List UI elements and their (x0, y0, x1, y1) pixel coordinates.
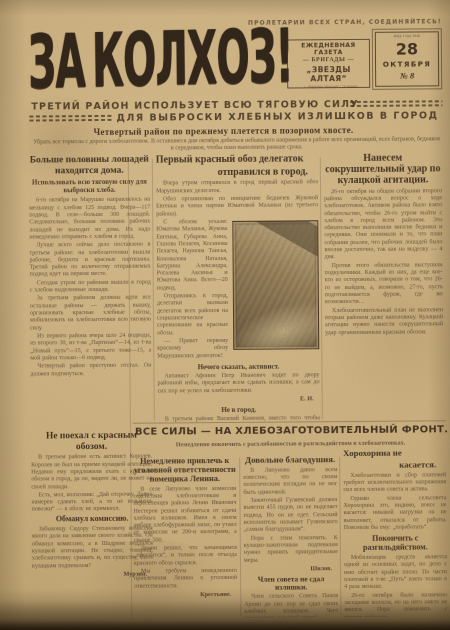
article-headline-line1: Хорохорина не (343, 448, 446, 459)
paragraph: Однако члена сельсовета Хорохорина это, … (343, 495, 446, 532)
paragraph: Член сельского Совета Панов Архип до сих… (244, 594, 338, 618)
article-body: Хлебозаготовки и сбор платежей требуют и… (343, 472, 446, 532)
article-headline: Немедленно привлечь к уголовной ответств… (133, 456, 236, 484)
article-body: В Ляпуново давно всем известно, что по с… (243, 467, 338, 565)
paragraph: В Ляпуново давно всем известно, что по с… (243, 467, 337, 497)
banner-subline: Четвертый район по прежнему плетется в п… (0, 124, 449, 138)
paragraph: Хлебозаготовки и сбор платежей требуют и… (343, 472, 446, 495)
newspaper-content: ПРОЛЕТАРИИ ВСЕХ СТРАН, СОЕДИНЯЙТЕСЬ! ЗА … (0, 0, 450, 630)
column-rule (239, 458, 241, 616)
article-subhead: Использовать всю тяговую силу для выброс… (29, 178, 150, 195)
paragraph: 26-го октября на общем собрании второго … (324, 188, 443, 262)
paragraph: Против этого обязательства выступили под… (325, 262, 443, 307)
banner-line-2: ДЛЯ ВЫБРОСКИ ХЛЕБНЫХ ИЗЛИШКОВ В ГОРОД (116, 110, 438, 124)
photo-grain-texture (233, 221, 318, 349)
imprint-line: с. Марушка. Выходит с 14 января. (304, 85, 353, 89)
article-body: В селе Ляпуново член комиссии содействия… (133, 485, 237, 590)
article-complacency: Довольно благодушия. В Ляпуново давно вс… (243, 455, 338, 618)
brigade-label: — БРИГАДЫ — (289, 57, 368, 64)
paragraph: Хлебозаготовительный план не выполнен вт… (325, 307, 443, 337)
paragraph: Четвертый район преступно отстал. Он дол… (30, 363, 151, 379)
paragraph: Мобилизация средств является одной из ос… (344, 554, 447, 591)
issue-number: № 8 (376, 70, 438, 80)
section-headline-all-forces: ВСЕ СИЛЫ — НА ХЛЕБОЗАГОТОВИТЕЛЬНЫЙ ФРОНТ… (135, 424, 446, 437)
issue-month: ОКТЯБРЯ (376, 59, 438, 68)
article-horses: Больше половины лошадей находится дома. … (29, 155, 152, 428)
article-headline: Довольно благодушия. (243, 455, 337, 466)
edition-year: ИЗД. ГОД 1930 (386, 34, 428, 38)
halftone-photo-grain-elevator (232, 220, 319, 350)
banner-dash-rule-left (29, 115, 111, 122)
paragraph: Ленин решил, что качающимся „простится“,… (134, 545, 237, 568)
paragraph: Мы требуем немедленного привлечения Лени… (134, 568, 237, 591)
section-subtitle: Немедленно покончить с расхлябанностью и… (135, 439, 446, 448)
article-headline-line2: отправился в город. (156, 166, 318, 178)
article-headline-line2: касается. (343, 460, 446, 471)
article-signature: Е. И. (158, 395, 320, 403)
daily-gazette-label: ЕЖЕДНЕВНАЯ ГАЗЕТА (289, 42, 368, 57)
date-issue-box: ИЗД. ГОД 1930 28 ОКТЯБРЯ № 8 (375, 31, 439, 87)
paragraph: Пора с этим покончить. К кулацко-зажиточ… (244, 535, 338, 565)
paragraph: За третьим районом должны идти все остал… (30, 295, 151, 333)
article-body: Член сельского Совета Панов Архип до сих… (244, 594, 338, 618)
paragraph: 6-го октября на Марушке направлялось на … (29, 197, 150, 242)
column-rule (152, 159, 155, 421)
subhead-activist: Нечего сказать, активист. (157, 362, 319, 371)
article-signature: Шилов. (244, 565, 338, 573)
paragraph: Лучше всего сейчас дело поставлено в тре… (29, 242, 150, 280)
newspaper-scan-page: { "colors": { "paper": "#ccb181", "ink":… (0, 0, 450, 630)
paragraph: Вчера утром отправился в город первый кр… (156, 180, 318, 196)
paragraph: Сегодня утром по районам вышли в город с… (30, 279, 151, 295)
article-red-convoy: Первый красный обоз делегаток отправился… (156, 153, 320, 422)
article-lenin: Немедленно привлечь к уголовной ответств… (133, 456, 237, 619)
column-rule (320, 157, 323, 419)
publication-info-box: ЕЖЕДНЕВНАЯ ГАЗЕТА — БРИГАДЫ — „ЗВЕЗДЫ АЛ… (287, 39, 370, 89)
article-headline: Больше половины лошадей находится дома. (29, 155, 150, 177)
paragraph: В третьем районе Василий Каменев, вместо… (158, 415, 320, 422)
paragraph: Из первого района вчера шло 24 подводы, … (30, 333, 151, 363)
column-rule (339, 457, 341, 615)
paragraph: В селе Ляпуново член комиссии содействия… (133, 485, 236, 544)
paragraph: 26-го октября было назначено заседание к… (344, 592, 447, 617)
article-headline: Не поехал с красным обозом. (31, 431, 152, 453)
article-body-top: Вчера утром отправился в город первый кр… (156, 180, 318, 219)
not-to-city-body: В третьем районе Василий Каменев, вместо… (158, 415, 320, 422)
article-signature: Крестьяне. (134, 591, 237, 599)
article-khorokhorin: Хорохорина не касается. Хлебозаготовки и… (343, 448, 447, 617)
article-body-wrap: С обозом уехали: Юматова Маланья, Жукова… (156, 218, 320, 422)
article-body: 6-го октября на Марушке направлялось на … (29, 197, 151, 378)
banner-dash-rule-right (350, 100, 442, 107)
article-body: 26-го октября на общем собрании второго … (324, 188, 443, 337)
article-headline-line1: Первый красный обоз делегаток (156, 153, 318, 165)
banner-lede: Убрать все тормозы с дороги хлебозаготов… (32, 136, 442, 153)
newspaper-title: ЗА КОЛХОЗ! (28, 19, 293, 99)
article-kulak: Нанесем сокрушительный удар по кулацкой … (324, 152, 444, 421)
issue-day: 28 (376, 41, 438, 57)
activist-note-body: Активист Афонин Петр Иванович ходит по д… (157, 372, 319, 395)
article-headline-sloppiness: Покончить с разгильдяйством. (344, 534, 447, 553)
article-headline-council: Член совета не сдал излишки. (244, 575, 338, 592)
paragraph: Обоз организован по инициативе беднячек … (156, 195, 318, 218)
stars-of-altai-label: „ЗВЕЗДЫ АЛТАЯ“ (289, 65, 368, 84)
article-headline: Нанесем сокрушительный удар по кулацкой … (324, 152, 442, 186)
subhead-not-to-city: Не в город. (158, 405, 320, 414)
paragraph: Зажиточный Гуляевский должен вывезти 455… (243, 497, 337, 534)
article-body: Мобилизация средств является одной из ос… (344, 554, 447, 617)
paragraph: Активист Афонин Петр Иванович ходит по д… (157, 372, 319, 395)
